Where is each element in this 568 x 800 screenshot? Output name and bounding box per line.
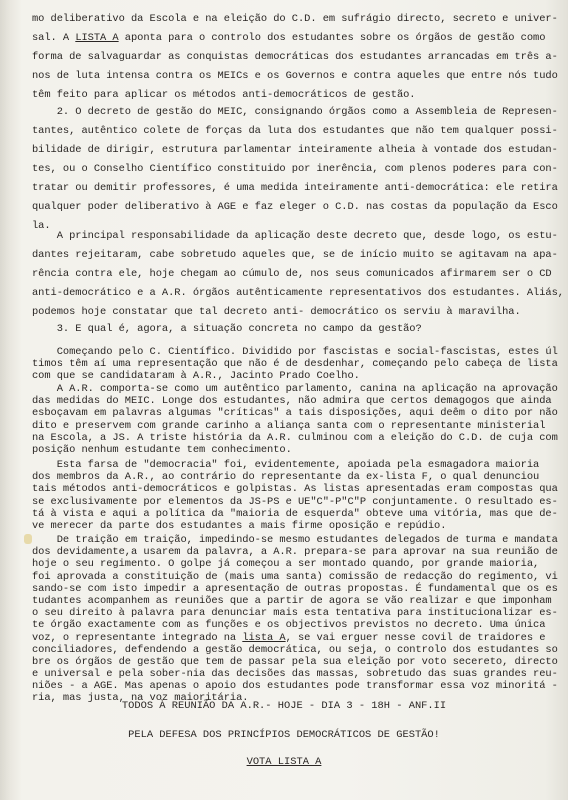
- paragraph-section-2: 2. O decreto de gestão do MEIC, consigna…: [32, 103, 542, 236]
- text-line: foi aprovada a constituição de (mais uma…: [32, 571, 542, 583]
- text-line: dos membros da A.R., ao contrário do rep…: [32, 471, 542, 483]
- text-line: dos devidamente,a usarem da palavra, a A…: [32, 546, 542, 558]
- text-line: voz, o representante integrado na lista …: [32, 632, 542, 644]
- text-line: e universal e pela sober-nia das decisõe…: [32, 668, 542, 680]
- text-line: tes, ou o Conselho Científico constituid…: [32, 160, 542, 179]
- underlined-emphasis: LISTA A: [75, 32, 118, 44]
- text-line: Começando pelo C. Científico. Dividido p…: [32, 346, 542, 358]
- text-line: bilidade de dirigir, estrutura parlament…: [32, 141, 542, 160]
- paper-stain: [24, 534, 32, 544]
- text-line: sando-se com isto impedir a apresentação…: [32, 583, 542, 595]
- text-line: o seu direito à palavra para denunciar m…: [32, 607, 542, 619]
- text-line: tantes, autêntico colete de forças da lu…: [32, 122, 542, 141]
- closing-defense-slogan: PELA DEFESA DOS PRINCÍPIOS DEMOCRÁTICOS …: [0, 729, 568, 741]
- text-line: De traição em traição, impedindo-se mesm…: [32, 534, 542, 546]
- text-line: tratar ou demitir professores, é uma med…: [32, 179, 542, 198]
- text-line: te órgão exactamente com as funções e os…: [32, 619, 542, 631]
- text-line: anti-democrático e a A.R. órgãos autênti…: [32, 284, 542, 303]
- paragraph-cientifico: Começando pelo C. Científico. Dividido p…: [32, 346, 542, 383]
- paragraph-intro: mo deliberativo da Escola e na eleição d…: [32, 10, 542, 105]
- text-line: niões - a AGE. Mas apenas o apoio dos es…: [32, 680, 542, 692]
- text-line: forma de salvaguardar as conquistas demo…: [32, 48, 542, 67]
- text-line: Esta farsa de "democracia" foi, evidente…: [32, 459, 542, 471]
- text-line: A principal responsabilidade da aplicaçã…: [32, 227, 542, 246]
- text-line: tais métodos anti-democráticos e golpist…: [32, 483, 542, 495]
- text-line: 3. E qual é, agora, a situação concreta …: [32, 320, 542, 339]
- text-line: com que se candidataram à A.R., Jacinto …: [32, 370, 542, 382]
- text-line: ve merecer da parte dos estudantes a mai…: [32, 520, 542, 532]
- text-line: das medidas do MEIC. Longe dos estudante…: [32, 395, 542, 407]
- text-line: hoje o seu regimento. O golpe já começou…: [32, 558, 542, 570]
- closing-call-meeting: TODOS À REUNIÃO DA A.R.- HOJE - DIA 3 - …: [0, 700, 568, 712]
- closing-vote-slogan: VOTA LISTA A: [0, 756, 568, 768]
- paragraph-responsibility: A principal responsabilidade da aplicaçã…: [32, 227, 542, 322]
- text-line: bre os órgãos de gestão que tem de passa…: [32, 656, 542, 668]
- text-line: timos têm aí uma representação que não é…: [32, 358, 542, 370]
- text-line: dantes rejeitaram, cabe sobretudo aquele…: [32, 246, 542, 265]
- underlined-emphasis: lista A: [242, 632, 285, 644]
- text-line: nos de luta intensa contra os MEICs e os…: [32, 67, 542, 86]
- paragraph-traicao: De traição em traição, impedindo-se mesm…: [32, 534, 542, 705]
- text-line: sal. A LISTA A aponta para o controlo do…: [32, 29, 542, 48]
- text-line: conciliadores, defendendo a gestão democ…: [32, 644, 542, 656]
- text-line: tá à vista e aqui a política da "maioria…: [32, 508, 542, 520]
- text-line: A A.R. comporta-se como um autêntico par…: [32, 383, 542, 395]
- text-line: dito e preservem com grande carinho a al…: [32, 420, 542, 432]
- paragraph-ar-parlamento: A A.R. comporta-se como um autêntico par…: [32, 383, 542, 456]
- text-line: rência contra ele, hoje chegam ao cúmulo…: [32, 265, 542, 284]
- text-line: tudantes acompanhem as reuniões que a pa…: [32, 595, 542, 607]
- text-line: na Escola, a JS. A triste história da A.…: [32, 432, 542, 444]
- paragraph-farsa: Esta farsa de "democracia" foi, evidente…: [32, 459, 542, 532]
- heading-section-3: 3. E qual é, agora, a situação concreta …: [32, 320, 542, 339]
- text-line: mo deliberativo da Escola e na eleição d…: [32, 10, 542, 29]
- text-line: posição nenhum estudante tem conheciment…: [32, 444, 542, 456]
- text-line: qualquer poder deliberativo à AGE e faz …: [32, 198, 542, 217]
- text-line: esboçavam em palavras algumas "críticas"…: [32, 407, 542, 419]
- text-line: se exclusivamente por elementos da JS-PS…: [32, 496, 542, 508]
- text-line: 2. O decreto de gestão do MEIC, consigna…: [32, 103, 542, 122]
